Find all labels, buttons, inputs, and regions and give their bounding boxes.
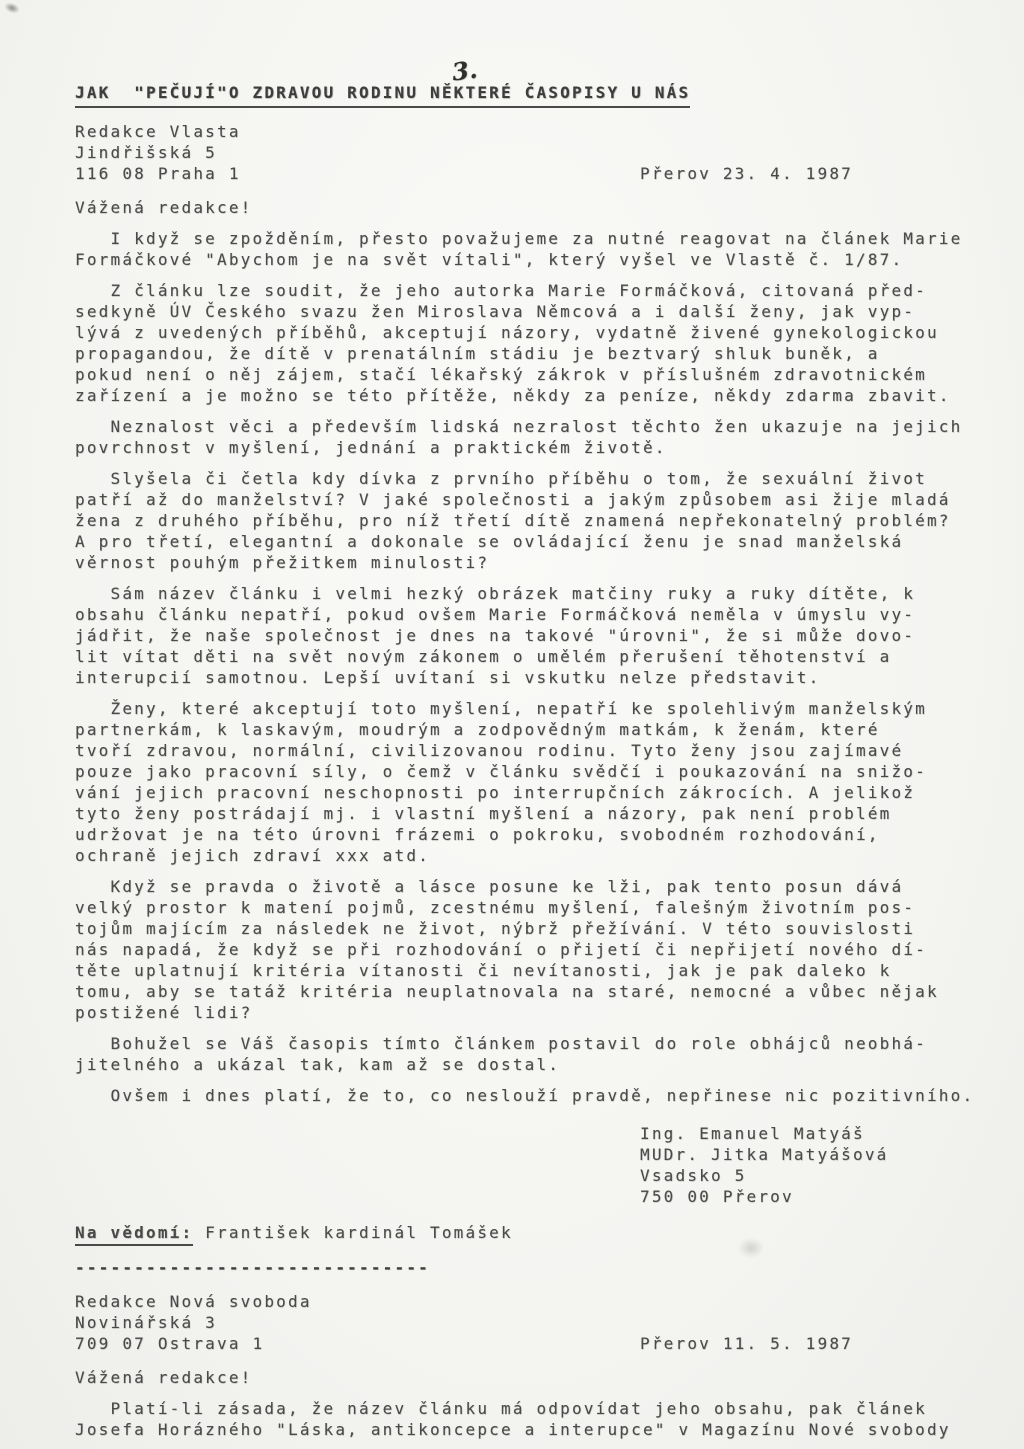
paragraph: Platí-li zásada, že název článku má odpo… <box>75 1398 994 1440</box>
letter1-salutation: Vážená redakce! <box>75 197 994 218</box>
cc-note-line: Na vědomí: František kardinál Tomášek <box>75 1222 994 1243</box>
pencil-smudge <box>738 1238 764 1258</box>
letter2-date: Přerov 11. 5. 1987 <box>640 1333 853 1354</box>
letter2-salutation: Vážená redakce! <box>75 1367 994 1388</box>
scanned-letter-page: 3. JAK "PEČUJÍ"O ZDRAVOU RODINU NĚKTERÉ … <box>0 0 1024 1449</box>
letter2-recipient-address: Redakce Nová svoboda Novinářská 3 709 07… <box>75 1291 994 1354</box>
scan-corner-smudge <box>3 1 21 16</box>
paragraph: Když se pravda o životě a lásce posune k… <box>75 876 994 1023</box>
dashed-separator: ------------------------------ <box>75 1257 994 1278</box>
letter1-recipient-address: Redakce Vlasta Jindřišská 5 116 08 Praha… <box>75 121 994 184</box>
paragraph: Neznalost věci a především lidská nezral… <box>75 416 994 458</box>
letter1-header: Redakce Vlasta Jindřišská 5 116 08 Praha… <box>75 121 994 184</box>
paragraph: Sám název článku i velmi hezký obrázek m… <box>75 583 994 688</box>
cc-note-label: Na vědomí: <box>75 1223 193 1246</box>
letter2-header: Redakce Nová svoboda Novinářská 3 709 07… <box>75 1291 994 1354</box>
signature-block: Ing. Emanuel Matyáš MUDr. Jitka Matyášov… <box>640 1123 994 1207</box>
paragraph: I když se zpožděním, přesto považujeme z… <box>75 228 994 270</box>
paragraph: Ženy, které akceptují toto myšlení, nepa… <box>75 698 994 866</box>
letter-title-row: JAK "PEČUJÍ"O ZDRAVOU RODINU NĚKTERÉ ČAS… <box>75 56 994 108</box>
paragraph: Bohužel se Váš časopis tímto článkem pos… <box>75 1033 994 1075</box>
paragraph: Z článku lze soudit, že jeho autorka Mar… <box>75 280 994 406</box>
cc-note-value: František kardinál Tomášek <box>193 1223 513 1242</box>
letter1-date: Přerov 23. 4. 1987 <box>640 163 853 184</box>
handwritten-page-number: 3. <box>450 55 478 87</box>
letter-title: JAK "PEČUJÍ"O ZDRAVOU RODINU NĚKTERÉ ČAS… <box>75 82 690 108</box>
paragraph: Slyšela či četla kdy dívka z prvního pří… <box>75 468 994 573</box>
paragraph: Ovšem i dnes platí, že to, co neslouží p… <box>75 1085 994 1106</box>
